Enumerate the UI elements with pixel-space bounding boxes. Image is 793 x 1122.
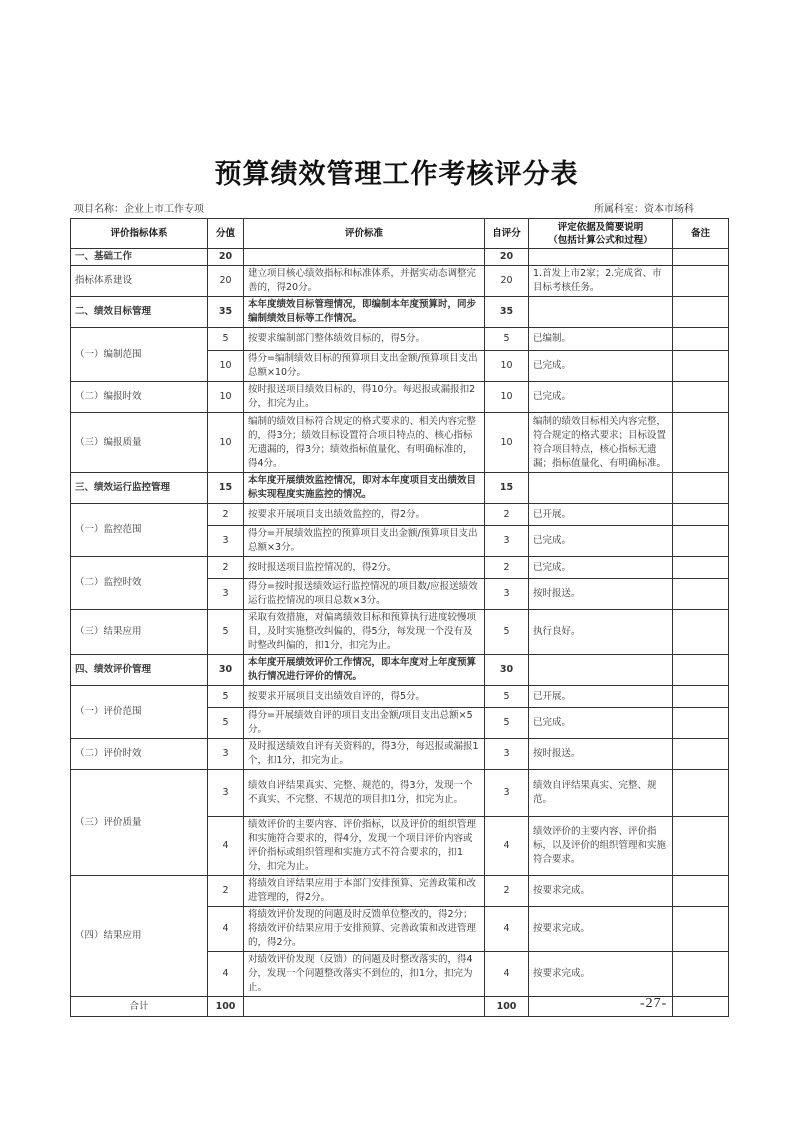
indicator-name: （三）结果应用: [71, 610, 208, 655]
table-row: （四）结果应用2将绩效自评结果应用于本部门安排预算、完善政策和改进管理的，得2分…: [71, 876, 729, 907]
section-row: 二、绩效目标管理35本年度绩效目标管理情况，即编制本年度预算时，同步编制绩效目标…: [71, 297, 729, 328]
score-value: 3: [208, 770, 244, 817]
score-value: 10: [208, 382, 244, 413]
basis-text: 已完成。: [529, 557, 673, 579]
header-basis-line1: 评定依据及简要说明: [533, 221, 668, 234]
section-name: 一、基础工作: [71, 249, 208, 266]
remarks: [673, 504, 729, 526]
remarks: [673, 557, 729, 579]
score-value: 5: [208, 708, 244, 739]
self-score: 4: [485, 952, 529, 997]
total-criteria: [244, 997, 485, 1017]
basis-text: 编制的绩效目标相关内容完整，符合规定的格式要求；目标设置符合项目特点，核心指标无…: [529, 413, 673, 473]
self-score: 20: [485, 266, 529, 297]
score-value: 3: [208, 579, 244, 610]
basis-text: 已完成。: [529, 351, 673, 382]
remarks: [673, 739, 729, 770]
total-row: 合计100100: [71, 997, 729, 1017]
basis-text: 已开展。: [529, 686, 673, 708]
section-basis: [529, 473, 673, 504]
self-score: 10: [485, 382, 529, 413]
indicator-name: （一）监控范围: [71, 504, 208, 557]
header-basis: 评定依据及简要说明 （包括计算公式和过程）: [529, 219, 673, 249]
criteria-text: 将绩效自评结果应用于本部门安排预算、完善政策和改进管理的，得2分。: [244, 876, 485, 907]
score-value: 4: [208, 907, 244, 952]
indicator-name: 指标体系建设: [71, 266, 208, 297]
remarks: [673, 686, 729, 708]
score-value: 10: [208, 351, 244, 382]
section-remarks: [673, 249, 729, 266]
indicator-name: （一）编制范围: [71, 328, 208, 382]
table-row: （二）评价时效3及时报送绩效自评有关资料的，得3分，每迟报或漏报1个，扣1分，扣…: [71, 739, 729, 770]
basis-text: 按要求完成。: [529, 952, 673, 997]
section-name: 四、绩效评价管理: [71, 655, 208, 686]
header-self-score: 自评分: [485, 219, 529, 249]
section-value: 35: [208, 297, 244, 328]
self-score: 3: [485, 526, 529, 557]
basis-text: 已完成。: [529, 708, 673, 739]
basis-text: 按要求完成。: [529, 907, 673, 952]
section-criteria: 本年度开展绩效评价工作情况，即本年度对上年度预算执行情况进行评价的情况。: [244, 655, 485, 686]
basis-text: 执行良好。: [529, 610, 673, 655]
criteria-text: 及时报送绩效自评有关资料的，得3分，每迟报或漏报1个，扣1分，扣完为止。: [244, 739, 485, 770]
table-row: （一）监控范围2按要求开展项目支出绩效监控的，得2分。2已开展。: [71, 504, 729, 526]
section-self-score: 15: [485, 473, 529, 504]
total-remarks: [673, 997, 729, 1017]
basis-text: 按时报送。: [529, 579, 673, 610]
section-remarks: [673, 473, 729, 504]
indicator-name: （二）编报时效: [71, 382, 208, 413]
self-score: 3: [485, 739, 529, 770]
self-score: 4: [485, 817, 529, 876]
header-basis-line2: （包括计算公式和过程）: [533, 234, 668, 247]
basis-text: 按要求完成。: [529, 876, 673, 907]
remarks: [673, 952, 729, 997]
section-criteria: [244, 249, 485, 266]
basis-text: 1.首发上市2家；2.完成省、市目标考核任务。: [529, 266, 673, 297]
indicator-name: （四）结果应用: [71, 876, 208, 997]
self-score: 5: [485, 328, 529, 351]
section-basis: [529, 297, 673, 328]
section-value: 15: [208, 473, 244, 504]
score-value: 2: [208, 557, 244, 579]
score-value: 3: [208, 739, 244, 770]
total-self-score: 100: [485, 997, 529, 1017]
section-remarks: [673, 297, 729, 328]
project-name-label: 项目名称：企业上市工作专项: [74, 200, 204, 215]
section-remarks: [673, 655, 729, 686]
self-score: 5: [485, 686, 529, 708]
table-body: 一、基础工作2020指标体系建设20建立项目核心绩效指标和标准体系，并据实动态调…: [71, 249, 729, 1017]
criteria-text: 对绩效评价发现（反馈）的问题及时整改落实的，得4分，发现一个问题整改落实不到位的…: [244, 952, 485, 997]
remarks: [673, 351, 729, 382]
basis-text: 已开展。: [529, 504, 673, 526]
self-score: 2: [485, 504, 529, 526]
criteria-text: 将绩效评价发现的问题及时反馈单位整改的，得2分；将绩效评价结果应用于安排预算、完…: [244, 907, 485, 952]
header-score-value: 分值: [208, 219, 244, 249]
remarks: [673, 876, 729, 907]
basis-text: 绩效评价的主要内容、评价指标，以及评价的组织管理和实施符合要求。: [529, 817, 673, 876]
criteria-text: 得分=编制绩效目标的预算项目支出金额/预算项目支出总额×10分。: [244, 351, 485, 382]
section-self-score: 30: [485, 655, 529, 686]
indicator-name: （一）评价范围: [71, 686, 208, 739]
criteria-text: 得分=开展绩效监控的预算项目支出金额/预算项目支出总额×3分。: [244, 526, 485, 557]
page-number: -27-: [640, 996, 667, 1012]
score-value: 20: [208, 266, 244, 297]
criteria-text: 采取有效措施，对偏离绩效目标和预算执行进度较慢项目，及时实施整改纠偏的，得5分，…: [244, 610, 485, 655]
table-row: （一）评价范围5按要求开展项目支出绩效自评的，得5分。5已开展。: [71, 686, 729, 708]
section-self-score: 35: [485, 297, 529, 328]
self-score: 5: [485, 610, 529, 655]
header-remarks: 备注: [673, 219, 729, 249]
score-value: 2: [208, 876, 244, 907]
remarks: [673, 770, 729, 817]
indicator-name: （二）监控时效: [71, 557, 208, 610]
table-row: （三）结果应用5采取有效措施，对偏离绩效目标和预算执行进度较慢项目，及时实施整改…: [71, 610, 729, 655]
section-value: 30: [208, 655, 244, 686]
criteria-text: 按要求编制部门整体绩效目标的，得5分。: [244, 328, 485, 351]
remarks: [673, 907, 729, 952]
score-value: 5: [208, 328, 244, 351]
remarks: [673, 579, 729, 610]
header-indicator: 评价指标体系: [71, 219, 208, 249]
self-score: 10: [485, 351, 529, 382]
section-self-score: 20: [485, 249, 529, 266]
section-row: 一、基础工作2020: [71, 249, 729, 266]
criteria-text: 建立项目核心绩效指标和标准体系，并据实动态调整完善的，得20分。: [244, 266, 485, 297]
table-row: （三）评价质量3绩效自评结果真实、完整、规范的，得3分，发现一个不真实、不完整、…: [71, 770, 729, 817]
indicator-name: （三）编报质量: [71, 413, 208, 473]
score-value: 3: [208, 526, 244, 557]
score-table: 评价指标体系 分值 评价标准 自评分 评定依据及简要说明 （包括计算公式和过程）…: [70, 218, 729, 1017]
criteria-text: 绩效评价的主要内容、评价指标，以及评价的组织管理和实施符合要求的，得4分，发现一…: [244, 817, 485, 876]
remarks: [673, 266, 729, 297]
score-value: 4: [208, 817, 244, 876]
criteria-text: 绩效自评结果真实、完整、规范的，得3分，发现一个不真实、不完整、不规范的项目扣1…: [244, 770, 485, 817]
section-value: 20: [208, 249, 244, 266]
basis-text: 已编制。: [529, 328, 673, 351]
self-score: 5: [485, 708, 529, 739]
indicator-name: （二）评价时效: [71, 739, 208, 770]
table-row: 指标体系建设20建立项目核心绩效指标和标准体系，并据实动态调整完善的，得20分。…: [71, 266, 729, 297]
basis-text: 按时报送。: [529, 739, 673, 770]
section-criteria: 本年度绩效目标管理情况，即编制本年度预算时，同步编制绩效目标等工作情况。: [244, 297, 485, 328]
score-value: 5: [208, 610, 244, 655]
page-title: 预算绩效管理工作考核评分表: [0, 152, 793, 191]
criteria-text: 按要求开展项目支出绩效监控的，得2分。: [244, 504, 485, 526]
remarks: [673, 328, 729, 351]
remarks: [673, 382, 729, 413]
basis-text: 已完成。: [529, 526, 673, 557]
section-basis: [529, 249, 673, 266]
criteria-text: 得分=开展绩效自评的项目支出金额/项目支出总额×5分。: [244, 708, 485, 739]
remarks: [673, 817, 729, 876]
basis-text: 绩效自评结果真实、完整、规范。: [529, 770, 673, 817]
section-row: 三、绩效运行监控管理15本年度开展绩效监控情况，即对本年度项目支出绩效目标实现程…: [71, 473, 729, 504]
total-label: 合计: [71, 997, 208, 1017]
criteria-text: 编制的绩效目标符合规定的格式要求的、相关内容完整的，得3分；绩效目标设置符合项目…: [244, 413, 485, 473]
remarks: [673, 526, 729, 557]
department-label: 所属科室：资本市场科: [594, 200, 694, 215]
remarks: [673, 413, 729, 473]
score-value: 2: [208, 504, 244, 526]
criteria-text: 按时报送项目绩效目标的，得10分。每迟报或漏报扣2分，扣完为止。: [244, 382, 485, 413]
table-row: （二）编报时效10按时报送项目绩效目标的，得10分。每迟报或漏报扣2分，扣完为止…: [71, 382, 729, 413]
section-criteria: 本年度开展绩效监控情况，即对本年度项目支出绩效目标实现程度实施监控的情况。: [244, 473, 485, 504]
score-value: 4: [208, 952, 244, 997]
self-score: 2: [485, 557, 529, 579]
table-row: （二）监控时效2按时报送项目监控情况的，得2分。2已完成。: [71, 557, 729, 579]
remarks: [673, 610, 729, 655]
section-basis: [529, 655, 673, 686]
criteria-text: 按要求开展项目支出绩效自评的，得5分。: [244, 686, 485, 708]
score-value: 5: [208, 686, 244, 708]
self-score: 3: [485, 579, 529, 610]
self-score: 4: [485, 907, 529, 952]
section-name: 二、绩效目标管理: [71, 297, 208, 328]
header-criteria: 评价标准: [244, 219, 485, 249]
basis-text: 已完成。: [529, 382, 673, 413]
self-score: 2: [485, 876, 529, 907]
section-row: 四、绩效评价管理30本年度开展绩效评价工作情况，即本年度对上年度预算执行情况进行…: [71, 655, 729, 686]
criteria-text: 得分=按时报送绩效运行监控情况的项目数/应报送绩效运行监控情况的项目总数×3分。: [244, 579, 485, 610]
table-row: （三）编报质量10编制的绩效目标符合规定的格式要求的、相关内容完整的，得3分；绩…: [71, 413, 729, 473]
indicator-name: （三）评价质量: [71, 770, 208, 876]
total-value: 100: [208, 997, 244, 1017]
table-header-row: 评价指标体系 分值 评价标准 自评分 评定依据及简要说明 （包括计算公式和过程）…: [71, 219, 729, 249]
criteria-text: 按时报送项目监控情况的，得2分。: [244, 557, 485, 579]
score-value: 10: [208, 413, 244, 473]
remarks: [673, 708, 729, 739]
section-name: 三、绩效运行监控管理: [71, 473, 208, 504]
self-score: 3: [485, 770, 529, 817]
self-score: 10: [485, 413, 529, 473]
table-row: （一）编制范围5按要求编制部门整体绩效目标的，得5分。5已编制。: [71, 328, 729, 351]
